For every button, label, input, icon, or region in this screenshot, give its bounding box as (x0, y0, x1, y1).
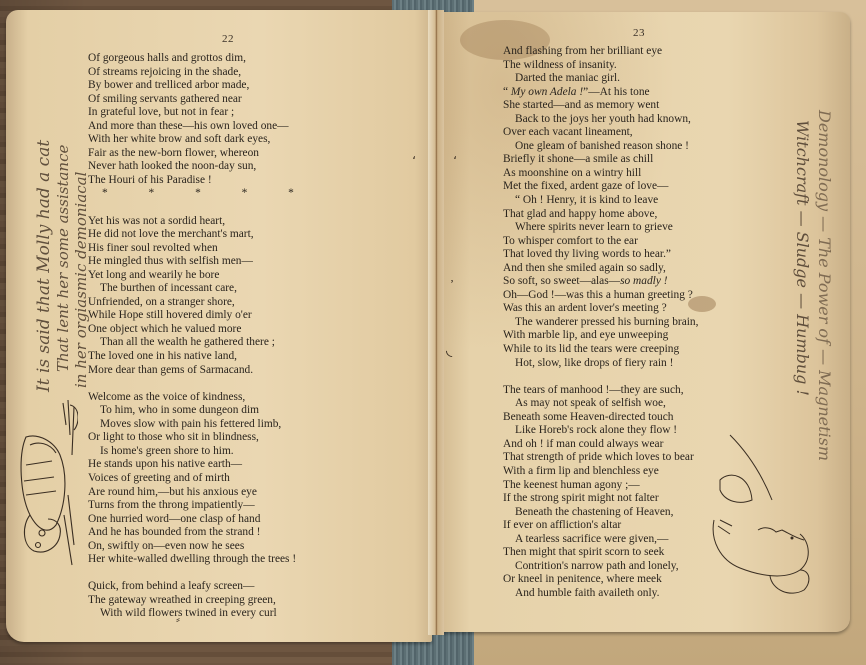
poem-line: While Hope still hovered dimly o'er (88, 309, 296, 323)
poem-line: Met the fixed, ardent gaze of love— (503, 180, 698, 194)
poem-line: With a firm lip and blenchless eye (503, 465, 698, 479)
stanza-break (88, 201, 296, 215)
poem-line: By bower and trelliced arbor made, (88, 79, 296, 93)
poem-line: Beneath some Heaven-directed touch (503, 411, 698, 425)
stanza-break (88, 377, 296, 391)
poem-line: With her white brow and soft dark eyes, (88, 133, 296, 147)
poem-line: Back to the joys her youth had known, (503, 113, 698, 127)
poem-line: Is home's green shore to him. (88, 445, 296, 459)
poem-line: While to its lid the tears were creeping (503, 343, 698, 357)
poem-line: Darted the maniac girl. (503, 72, 698, 86)
poem-line: Or kneel in penitence, where meek (503, 573, 698, 587)
poem-line: And more than these—his own loved one— (88, 120, 296, 134)
ink-mark: ⸗ (176, 612, 180, 627)
stanza-break (88, 567, 296, 581)
poem-line: Never hath looked the noon-day sun, (88, 160, 296, 174)
poem-line: The gateway wreathed in creeping green, (88, 594, 296, 608)
marginalia-line: Witchcraft — Sludge — Humbug ! (793, 120, 812, 396)
poem-line: Like Horeb's rock alone they flow ! (503, 424, 698, 438)
poem-line: If ever on affliction's altar (503, 519, 698, 533)
book-gutter (428, 10, 444, 635)
poem-line: As may not speak of selfish woe, (503, 397, 698, 411)
poem-line: The wanderer pressed his burning brain, (503, 316, 698, 330)
poem-line: With marble lip, and eye unweeping (503, 329, 698, 343)
poem-line: Was this an ardent lover's meeting ? (503, 302, 698, 316)
poem-line: Her white-walled dwelling through the tr… (88, 553, 296, 567)
poem-line: He stands upon his native earth— (88, 458, 296, 472)
poem-line: Oh—God !—was this a human greeting ? (503, 289, 698, 303)
marginalia-line: in her orgiasmic demoniacal (72, 172, 90, 388)
poem-line: To him, who in some dungeon dim (88, 404, 296, 418)
poem-line: As moonshine on a wintry hill (503, 167, 698, 181)
right-page-number: 23 (633, 27, 645, 39)
poem-line: With wild flowers twined in every curl (88, 607, 296, 621)
poem-line: Voices of greeting and of mirth (88, 472, 296, 486)
marginalia-line: It is said that Molly had a cat (34, 140, 54, 392)
italic-phrase: My own Adela ! (511, 86, 583, 98)
poem-line: Over each vacant lineament, (503, 126, 698, 140)
poem-line: He did not love the merchant's mart, (88, 228, 296, 242)
marginalia-line: That lent her some assistance (54, 145, 72, 372)
poem-line: So soft, so sweet—alas—so madly ! (503, 275, 698, 289)
poem-line: More dear than gems of Sarmacand. (88, 364, 296, 378)
poem-line: To whisper comfort to the ear (503, 235, 698, 249)
poem-line: “ Oh ! Henry, it is kind to leave (503, 194, 698, 208)
poem-line: His finer soul revolted when (88, 242, 296, 256)
poem-line: Of streams rejoicing in the shade, (88, 66, 296, 80)
section-separator: * * * * * (88, 187, 296, 201)
poem-line: Of smiling servants gathered near (88, 93, 296, 107)
poem-line: Turns from the throng impatiently— (88, 499, 296, 513)
poem-line: On, swiftly on—even now he sees (88, 540, 296, 554)
poem-line: The Houri of his Paradise ! (88, 174, 296, 188)
italic-phrase: so madly ! (620, 275, 667, 287)
poem-line: Yet his was not a sordid heart, (88, 215, 296, 229)
cat-sketch-icon (8, 395, 78, 570)
poem-line: Yet long and wearily he bore (88, 269, 296, 283)
poem-line: The wildness of insanity. (503, 59, 698, 73)
poem-line: Or light to those who sit in blindness, (88, 431, 296, 445)
poem-line: That loved thy living words to hear.” (503, 248, 698, 262)
ink-mark: ◟ (446, 340, 452, 360)
poem-line: Hot, slow, like drops of fiery rain ! (503, 357, 698, 371)
poem-line: Are round him,—but his anxious eye (88, 486, 296, 500)
marginalia-line: Demonology — The Power of — Magnetism (815, 110, 834, 461)
poem-line: A tearless sacrifice were given,— (503, 533, 698, 547)
ink-mark: ‚ (450, 270, 454, 285)
poem-line: He mingled thus with selfish men— (88, 255, 296, 269)
stanza-break (503, 370, 698, 384)
poem-line: One object which he valued more (88, 323, 296, 337)
poem-line: Unfriended, on a stranger shore, (88, 296, 296, 310)
poem-line: One gleam of banished reason shone ! (503, 140, 698, 154)
poem-line: Where spirits never learn to grieve (503, 221, 698, 235)
poem-line: Quick, from behind a leafy screen— (88, 580, 296, 594)
poem-line: Beneath the chastening of Heaven, (503, 506, 698, 520)
poem-line: Of gorgeous halls and grottos dim, (88, 52, 296, 66)
left-page-number: 22 (222, 33, 234, 45)
ink-mark: ، (453, 148, 457, 163)
poem-line: That glad and happy home above, (503, 208, 698, 222)
poem-line: Than all the wealth he gathered there ; (88, 336, 296, 350)
poem-line: And then she smiled again so sadly, (503, 262, 698, 276)
poem-line: Welcome as the voice of kindness, (88, 391, 296, 405)
poem-line: And humble faith availeth only. (503, 587, 698, 601)
poem-line: “ My own Adela !”—At his tone (503, 86, 698, 100)
poem-line: The burthen of incessant care, (88, 282, 296, 296)
left-page-poem: Of gorgeous halls and grottos dim,Of str… (88, 52, 296, 621)
poem-line: Then might that spirit scorn to seek (503, 546, 698, 560)
poem-line: She started—and as memory went (503, 99, 698, 113)
poem-line: One hurried word—one clasp of hand (88, 513, 296, 527)
poem-line: Contrition's narrow path and lonely, (503, 560, 698, 574)
ink-mark: ، (412, 148, 416, 163)
poem-line: That strength of pride which loves to be… (503, 451, 698, 465)
poem-line: The keenest human agony ;— (503, 479, 698, 493)
poem-line: Fair as the new-born flower, whereon (88, 147, 296, 161)
poem-line: And he has bounded from the strand ! (88, 526, 296, 540)
poem-line: The tears of manhood !—they are such, (503, 384, 698, 398)
poem-line: If the strong spirit might not falter (503, 492, 698, 506)
poem-line: Briefly it shone—a smile as chill (503, 153, 698, 167)
poem-line: In grateful love, but not in fear ; (88, 106, 296, 120)
poem-line: And oh ! if man could always wear (503, 438, 698, 452)
poem-line: The loved one in his native land, (88, 350, 296, 364)
poem-line: Moves slow with pain his fettered limb, (88, 418, 296, 432)
poem-line: And flashing from her brilliant eye (503, 45, 698, 59)
face-profile-sketch-icon (700, 430, 830, 600)
right-page-poem: And flashing from her brilliant eyeThe w… (503, 45, 698, 600)
